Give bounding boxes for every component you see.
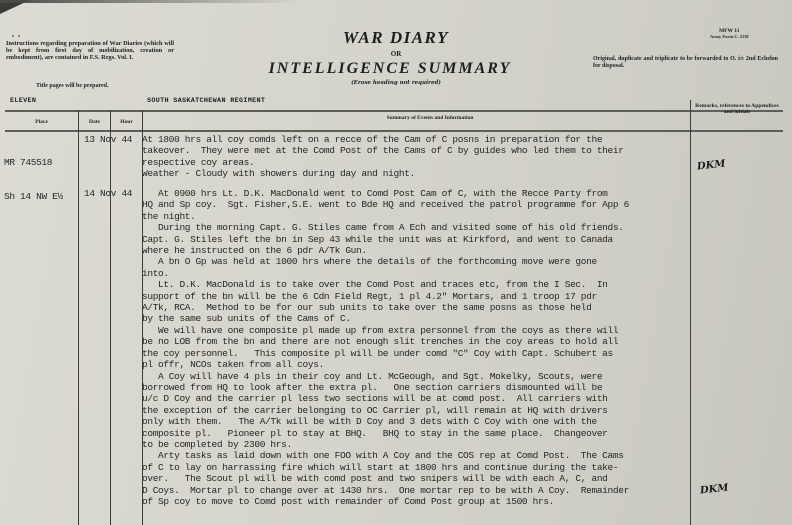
summary-line: by the same sub units of the Cams of C. xyxy=(142,313,629,324)
title-pages-note: Title pages will be prepared. xyxy=(36,83,109,89)
summary-line: to be completed by 2300 hrs. xyxy=(142,439,629,450)
entry-1-place-sheet: Sh 14 NW E½ xyxy=(4,191,63,202)
summary-line: be no LOB from the bn and there are not … xyxy=(142,336,629,347)
col-header-summary: Summary of Events and Information xyxy=(300,115,560,121)
summary-line: During the morning Capt. G. Stiles came … xyxy=(142,222,629,233)
summary-line: Lt. D.K. MacDonald is to take over the C… xyxy=(142,279,629,290)
summary-line: the night. xyxy=(142,211,629,222)
summary-line: A bn O Gp was held at 1000 hrs where the… xyxy=(142,256,629,267)
summary-line: takeover. They were met at the Comd Post… xyxy=(142,145,624,156)
summary-line: Weather - Cloudy with showers during day… xyxy=(142,168,624,179)
entry-2-summary: At 0900 hrs Lt. D.K. MacDonald went to C… xyxy=(142,188,629,507)
summary-line: the exception of the carrier belonging t… xyxy=(142,405,629,416)
summary-line: composite pl. Pioneer pl to stay at BHQ.… xyxy=(142,428,629,439)
summary-line: A Coy will have 4 pls in their coy and L… xyxy=(142,371,629,382)
col-header-place: Place xyxy=(5,119,78,125)
document-title: WAR DIARY OR INTELLIGENCE SUMMARY (Erase… xyxy=(264,28,528,88)
page-top-shadow xyxy=(0,0,300,3)
col-divider-place xyxy=(78,110,79,525)
instructions-note: Instructions regarding preparation of Wa… xyxy=(6,40,174,61)
title-intelligence-summary: INTELLIGENCE SUMMARY xyxy=(252,60,528,78)
summary-line: of C to lay on harrassing fire which wil… xyxy=(142,462,629,473)
summary-line: over. The Scout pl will be with comd pos… xyxy=(142,473,629,484)
summary-line: Capt. G. Stiles left the bn in Sep 43 wh… xyxy=(142,234,629,245)
col-header-remarks: Remarks, references to Appendices and in… xyxy=(693,103,781,116)
summary-line: D Coys. Mortar pl to change over at 1430… xyxy=(142,485,629,496)
col-header-date: Date xyxy=(79,119,110,125)
summary-line: only with them. The A/Tk will be with D … xyxy=(142,416,629,427)
entry-1-place: MR 745518 Sh 14 NW E½ xyxy=(4,134,63,225)
entry-1-place-ref: MR 745518 xyxy=(4,157,63,168)
entry-2-date: 14 Nov 44 xyxy=(84,188,132,199)
summary-line: borrowed from HQ to look after the extra… xyxy=(142,382,629,393)
form-code-line2: Army Form C. 2118 xyxy=(710,34,749,40)
disposal-note: Original, duplicate and triplicate to be… xyxy=(593,56,778,69)
col-header-hour: Hour xyxy=(111,119,142,125)
form-code: MFW 11 Army Form C. 2118 xyxy=(710,28,749,40)
summary-line: A/Tk, RCA. Method to be for our sub unit… xyxy=(142,302,629,313)
table-header-rule xyxy=(5,130,783,132)
speck xyxy=(18,35,20,37)
table-top-rule xyxy=(5,110,783,112)
summary-line: Arty tasks as laid down with one FOO wit… xyxy=(142,450,629,461)
summary-line: u/c D Coy and the carrier pl less two se… xyxy=(142,393,629,404)
title-erase-note: (Erase heading not required) xyxy=(264,78,528,88)
unit-label: SOUTH SASKATCHEWAN REGIMENT xyxy=(147,97,265,105)
title-or: OR xyxy=(264,48,528,60)
entry-1-initials: DKM xyxy=(697,159,726,173)
summary-line: where he instructed on the 6 pdr A/Tk Gu… xyxy=(142,245,629,256)
war-diary-page: Instructions regarding preparation of Wa… xyxy=(0,0,792,525)
summary-line: At 1800 hrs all coy comds left on a recc… xyxy=(142,134,624,145)
summary-line: the coy personnel. This composite pl wil… xyxy=(142,348,629,359)
summary-line: into. xyxy=(142,268,629,279)
summary-line: of Sp coy to move to Comd post with rema… xyxy=(142,496,629,507)
speck xyxy=(12,35,14,37)
col-divider-date xyxy=(110,110,111,525)
entry-1-date: 13 Nov 44 xyxy=(84,134,132,145)
summary-line: At 0900 hrs Lt. D.K. MacDonald went to C… xyxy=(142,188,629,199)
entry-2-initials: DKM xyxy=(700,483,729,497)
summary-line: support of the bn will be the 6 Cdn Fiel… xyxy=(142,291,629,302)
summary-line: HQ and Sp coy. Sgt. Fisher,S.E. went to … xyxy=(142,199,629,210)
month-label: ELEVEN xyxy=(10,97,36,105)
summary-line: pl offr, NCOs taken from all coys. xyxy=(142,359,629,370)
title-war-diary: WAR DIARY xyxy=(264,28,528,48)
col-divider-remarks xyxy=(690,100,691,525)
summary-line: respective coy areas. xyxy=(142,157,624,168)
entry-1-summary: At 1800 hrs all coy comds left on a recc… xyxy=(142,134,624,180)
summary-line: We will have one composite pl made up fr… xyxy=(142,325,629,336)
